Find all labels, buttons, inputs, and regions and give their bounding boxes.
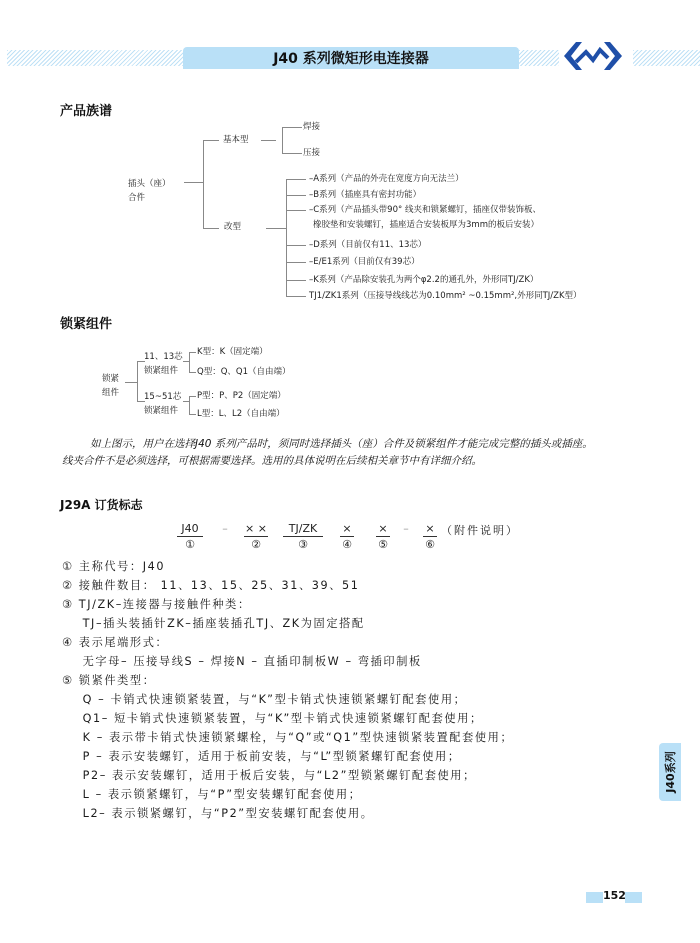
order-code-type: TJ/ZK ③	[283, 522, 323, 551]
family-root-label: 插头（座） 合件	[128, 177, 171, 205]
header-stripe-right	[633, 50, 700, 66]
connector-line	[203, 140, 219, 141]
order-desc-3b: TJ–插头装插针ZK–插座装插孔TJ、ZK为固定搭配	[62, 616, 365, 631]
order-desc-1: ① 主称代号：J40	[62, 559, 165, 574]
locking-k-type: K型：K（固定端）	[197, 347, 268, 358]
family-series-c-cont: 橡胶垫和安装螺钉，插座适合安装板厚为3mm的板后安装）	[313, 220, 539, 231]
page-title: J40 系列微矩形电连接器	[183, 47, 519, 69]
connector-line	[189, 396, 190, 414]
connector-line	[282, 127, 302, 128]
section-heading-locking: 锁紧组件	[60, 313, 112, 332]
header-stripe-mid	[519, 50, 559, 66]
family-series-b: –B系列（插座具有密封功能）	[309, 190, 421, 201]
connector-line	[286, 280, 306, 281]
order-dash: –	[400, 522, 412, 535]
order-desc-5: ⑤ 锁紧件类型：	[62, 673, 156, 688]
order-desc-5-p2: P2– 表示安装螺钉，适用于板后安装，与“L2”型锁紧螺钉配套使用；	[62, 768, 476, 783]
connector-line	[184, 182, 204, 183]
connector-line	[125, 382, 137, 383]
connector-line	[137, 361, 138, 402]
connector-line	[203, 228, 219, 229]
locking-group-2-label: 15~51芯 锁紧组件	[144, 390, 181, 418]
company-logo-icon	[562, 38, 624, 74]
connector-line	[189, 352, 196, 353]
order-desc-5-k: K – 表示带卡销式快速锁紧螺栓，与“Q”或“Q1”型快速锁紧装置配套使用；	[62, 730, 513, 745]
connector-line	[266, 228, 286, 229]
order-suffix: （附件说明）	[441, 522, 519, 538]
order-desc-4b: 无字母– 压接导线S – 焊接N – 直插印制板W – 弯插印制板	[62, 654, 422, 669]
locking-root-label: 锁紧 组件	[102, 372, 119, 400]
order-code-contacts: × × ②	[244, 522, 268, 551]
connector-line	[286, 210, 306, 211]
order-desc-4: ④ 表示尾端形式：	[62, 635, 168, 650]
order-code-lock: × ⑤	[376, 522, 390, 551]
locking-q-type: Q型：Q、Q1（自由端）	[197, 367, 290, 378]
family-series-d: –D系列（目前仅有11、13芯）	[309, 240, 426, 251]
locking-group-1-label: 11、13芯 锁紧组件	[144, 350, 183, 378]
connector-line	[286, 195, 306, 196]
connector-line	[286, 179, 306, 180]
connector-line	[282, 153, 302, 154]
header-stripe-left	[7, 50, 183, 66]
side-tab-series: J40系列	[659, 743, 681, 801]
order-code-main: J40 ①	[177, 522, 203, 551]
locking-p-type: P型：P、P2（固定端）	[197, 391, 286, 402]
order-desc-5-l2: L2– 表示锁紧螺钉，与“P2”型安装螺钉配套使用。	[62, 806, 374, 821]
family-series-a: –A系列（产品的外壳在宽度方向无法兰）	[309, 174, 464, 185]
page-number-deco-right	[625, 892, 642, 903]
family-series-c: –C系列（产品插头带90° 线夹和锁紧螺钉，插座仅带装饰板、	[309, 205, 541, 216]
connector-line	[189, 414, 196, 415]
family-series-tj1: TJ1/ZK1系列（压接导线线芯为0.10mm² ~0.15mm²,外形同TJ/…	[309, 291, 582, 302]
section-heading-family: 产品族谱	[60, 100, 112, 119]
intro-paragraph: 如上图示，用户在选择J40 系列产品时，须同时选择插头（座）合件及锁紧组件才能完…	[62, 436, 652, 470]
family-basic-crimp: 压接	[303, 148, 320, 159]
order-desc-5-q: Q – 卡销式快速锁紧装置，与“K”型卡销式快速锁紧螺钉配套使用；	[62, 692, 466, 707]
order-code-tail: × ④	[340, 522, 354, 551]
page-number: 152	[603, 889, 625, 902]
connector-line	[286, 296, 306, 297]
connector-line	[261, 140, 276, 141]
connector-line	[282, 127, 283, 153]
order-dash: –	[219, 522, 231, 535]
family-basic-label: 基本型	[223, 135, 249, 146]
order-code-accessory: × ⑥	[423, 522, 437, 551]
connector-line	[203, 140, 204, 229]
section-heading-ordering: J29A 订货标志	[60, 496, 143, 513]
order-desc-2: ② 接触件数目： 11、13、15、25、31、39、51	[62, 578, 359, 593]
connector-line	[189, 396, 196, 397]
order-desc-5-p: P – 表示安装螺钉，适用于板前安装，与“L”型锁紧螺钉配套使用；	[62, 749, 461, 764]
connector-line	[189, 372, 196, 373]
connector-line	[286, 262, 306, 263]
locking-l-type: L型：L、L2（自由端）	[197, 409, 285, 420]
family-series-k: –K系列（产品除安装孔为两个φ2.2的通孔外，外形同TJ/ZK）	[309, 275, 538, 286]
order-desc-3: ③ TJ/ZK–连接器与接触件种类：	[62, 597, 251, 612]
page-number-deco-left	[586, 892, 603, 903]
connector-line	[286, 245, 306, 246]
family-modified-label: 改型	[224, 222, 241, 233]
order-desc-5-q1: Q1– 短卡销式快速锁紧装置，与“K”型卡销式快速锁紧螺钉配套使用；	[62, 711, 483, 726]
family-series-e: –E/E1系列（目前仅有39芯）	[309, 257, 420, 268]
connector-line	[189, 352, 190, 372]
family-basic-weld: 焊接	[303, 122, 320, 133]
order-desc-5-l: L – 表示锁紧螺钉，与“P”型安装螺钉配套使用；	[62, 787, 362, 802]
